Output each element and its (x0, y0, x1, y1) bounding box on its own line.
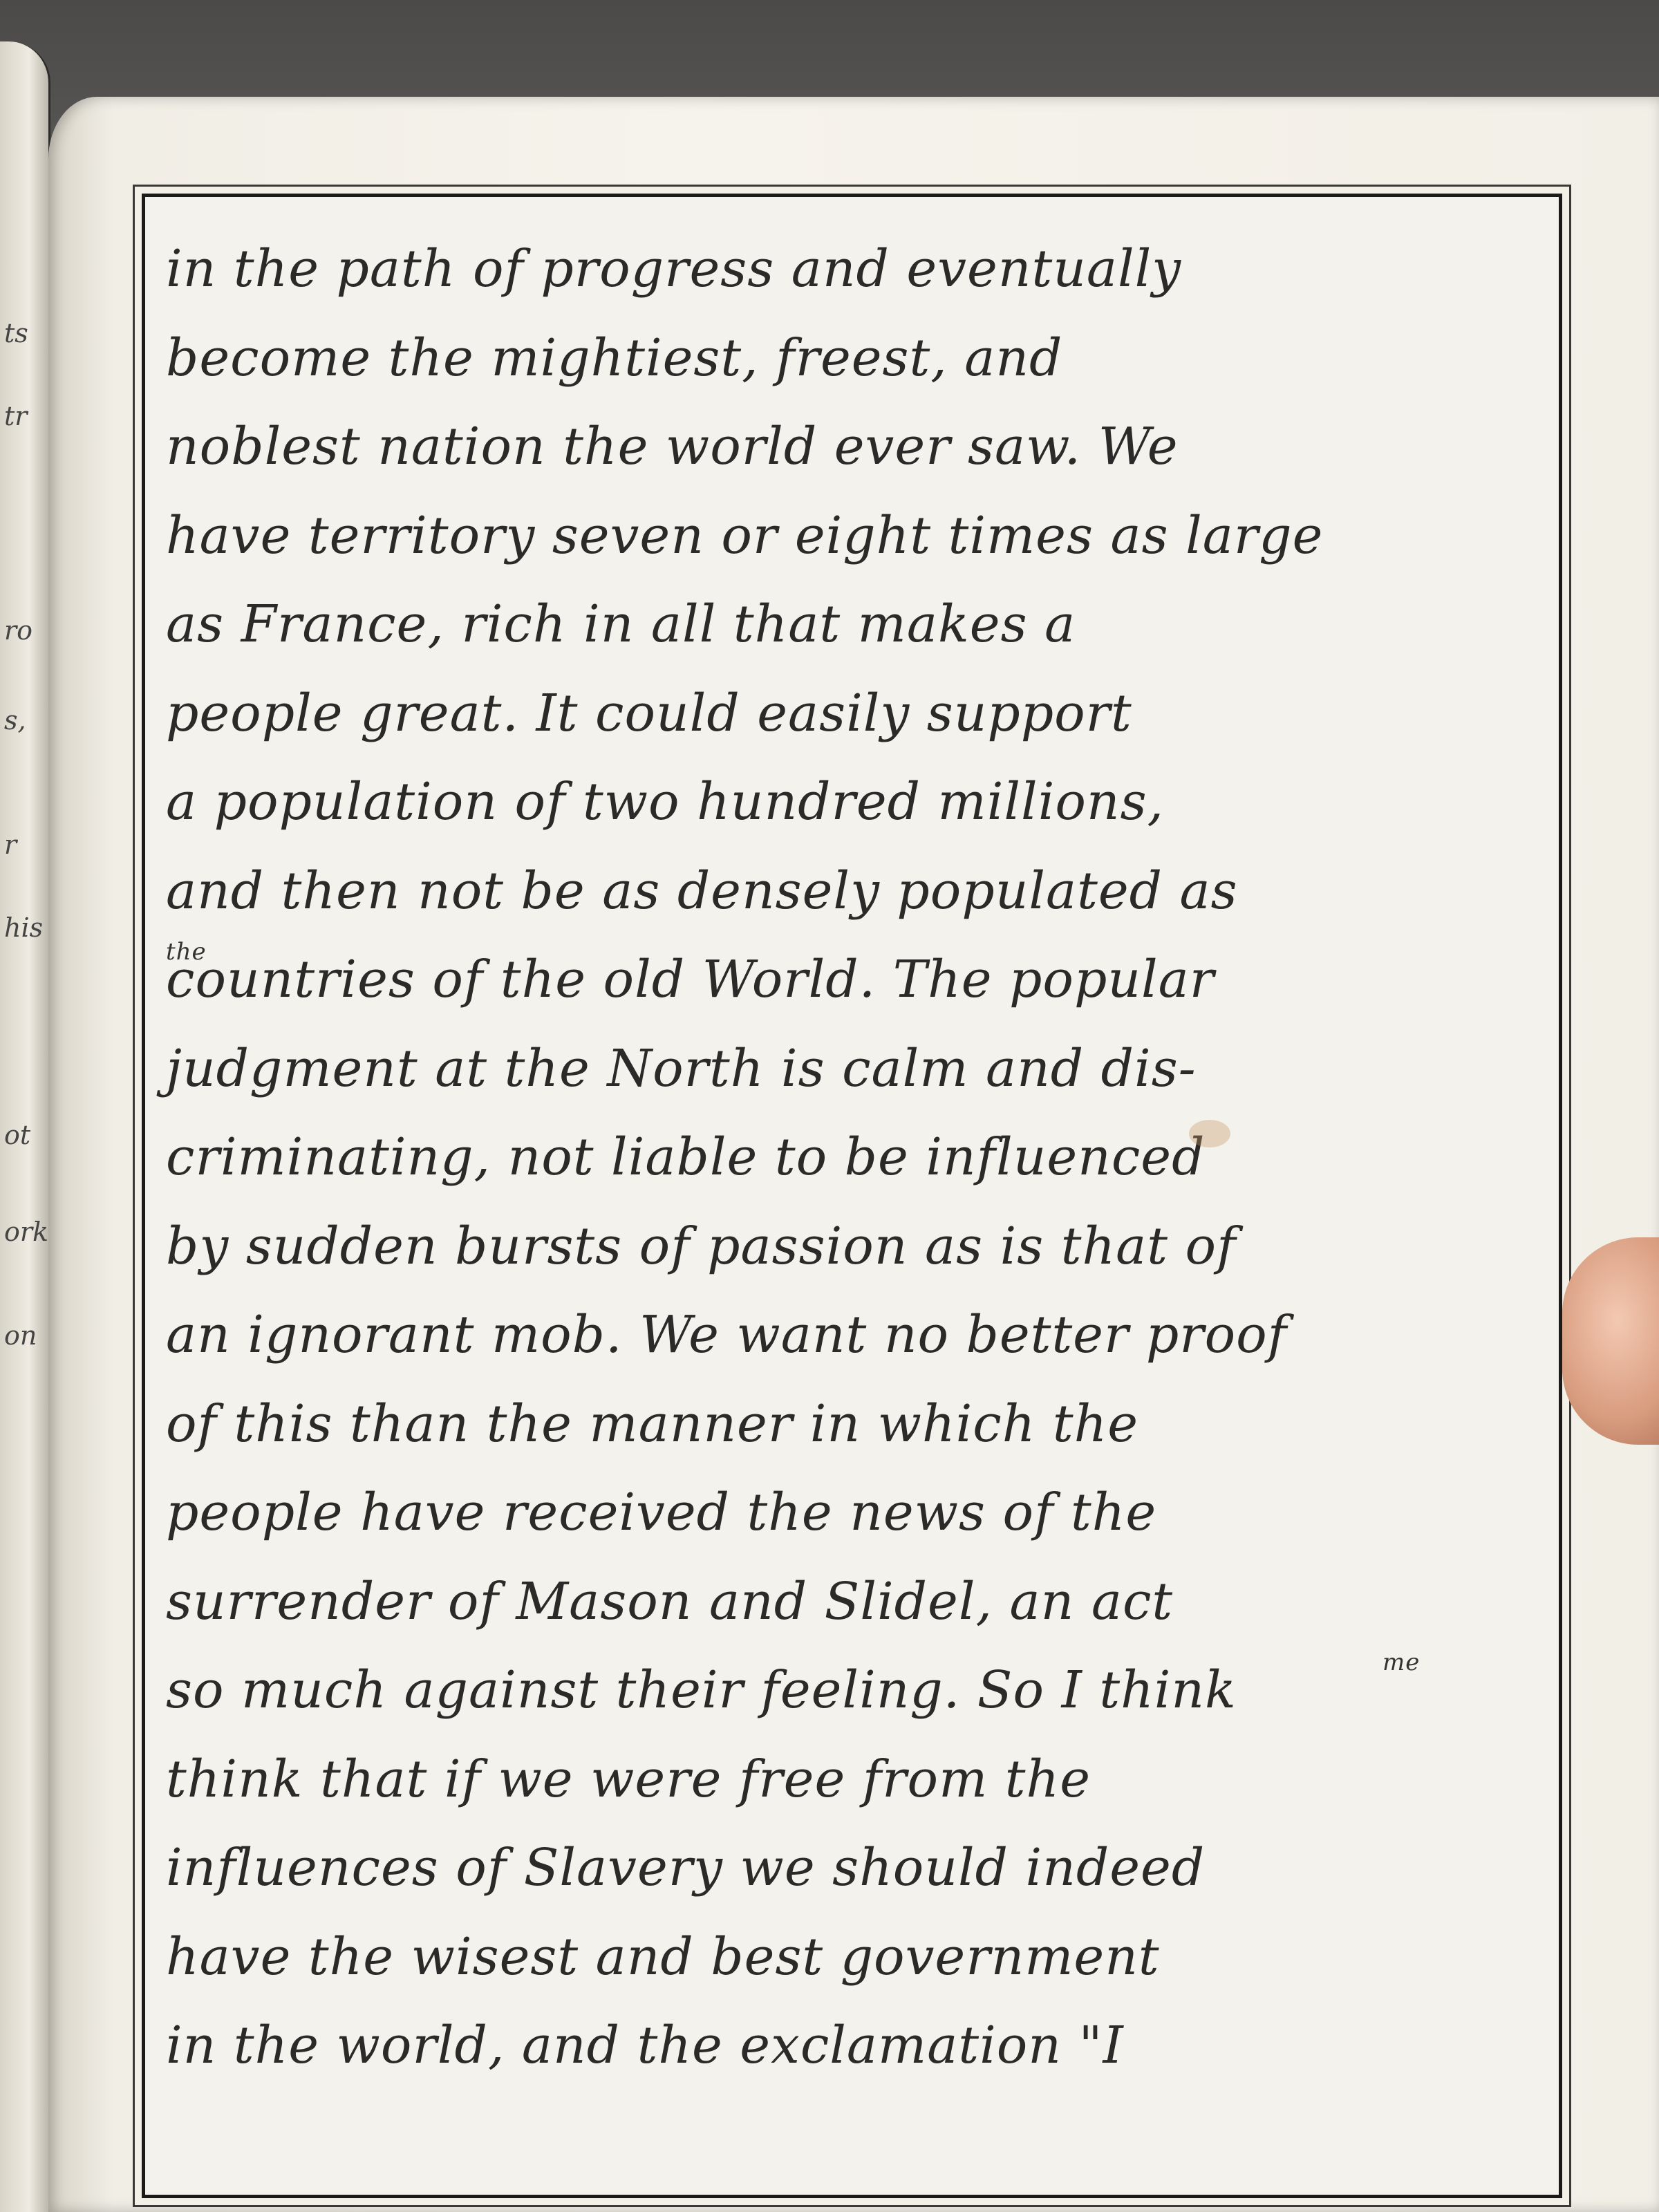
text-line: an ignorant mob. We want no better proof (166, 1291, 1538, 1380)
facing-page-fragment: r (4, 829, 17, 860)
text-line: think that if we were free from the (166, 1735, 1538, 1824)
text-line: me so much against their feeling. So I t… (166, 1646, 1538, 1735)
text-line: noblest nation the world ever saw. We (166, 402, 1538, 491)
text-line: people great. It could easily support (166, 669, 1538, 758)
facing-page-fragment: ts (4, 318, 28, 348)
text-line: have territory seven or eight times as l… (166, 491, 1538, 581)
text-line: in the world, and the exclamation "I (166, 2001, 1538, 2090)
text-line: and then not be as densely populated as (166, 847, 1538, 936)
text-line: have the wisest and best government (166, 1913, 1538, 2002)
text-line: become the mightiest, freest, and (166, 314, 1538, 403)
facing-page-fragment: ro (4, 615, 32, 646)
paper-stain (1189, 1120, 1230, 1147)
text-line: a population of two hundred millions, (166, 758, 1538, 847)
thumb-holding-page (1562, 1237, 1659, 1445)
text-line: people have received the news of the (166, 1468, 1538, 1557)
text-line: judgment at the North is calm and dis- (166, 1024, 1538, 1114)
text-line-content: so much against their feeling. So I thin… (166, 1660, 1237, 1720)
text-line: criminating, not liable to be influenced (166, 1113, 1538, 1202)
text-line: as France, rich in all that makes a (166, 580, 1538, 669)
text-line: influences of Slavery we should indeed (166, 1824, 1538, 1913)
interlinear-insertion: me (1382, 1618, 1420, 1707)
text-line-content: countries of the old World. The popular (166, 950, 1215, 1009)
facing-page-fragment: ork (4, 1217, 48, 1247)
text-line: in the path of progress and eventually (166, 225, 1538, 314)
facing-page-fragment: on (4, 1320, 37, 1351)
text-line: the countries of the old World. The popu… (166, 935, 1538, 1024)
text-line: surrender of Mason and Slidel, an act (166, 1557, 1538, 1647)
text-line: of this than the manner in which the (166, 1380, 1538, 1469)
facing-page-fragment: ot (4, 1120, 30, 1150)
text-line: by sudden bursts of passion as is that o… (166, 1202, 1538, 1291)
facing-page-fragment: his (4, 912, 43, 943)
interlinear-insertion: the (166, 908, 207, 997)
facing-page-fragment: s, (4, 705, 26, 735)
facing-page-fragment: tr (4, 401, 27, 431)
handwritten-text-block: in the path of progress and eventually b… (166, 225, 1538, 2090)
facing-page-edge: ts tr ro s, r his ot ork on (0, 41, 50, 2212)
page-border-frame: in the path of progress and eventually b… (142, 194, 1562, 2198)
